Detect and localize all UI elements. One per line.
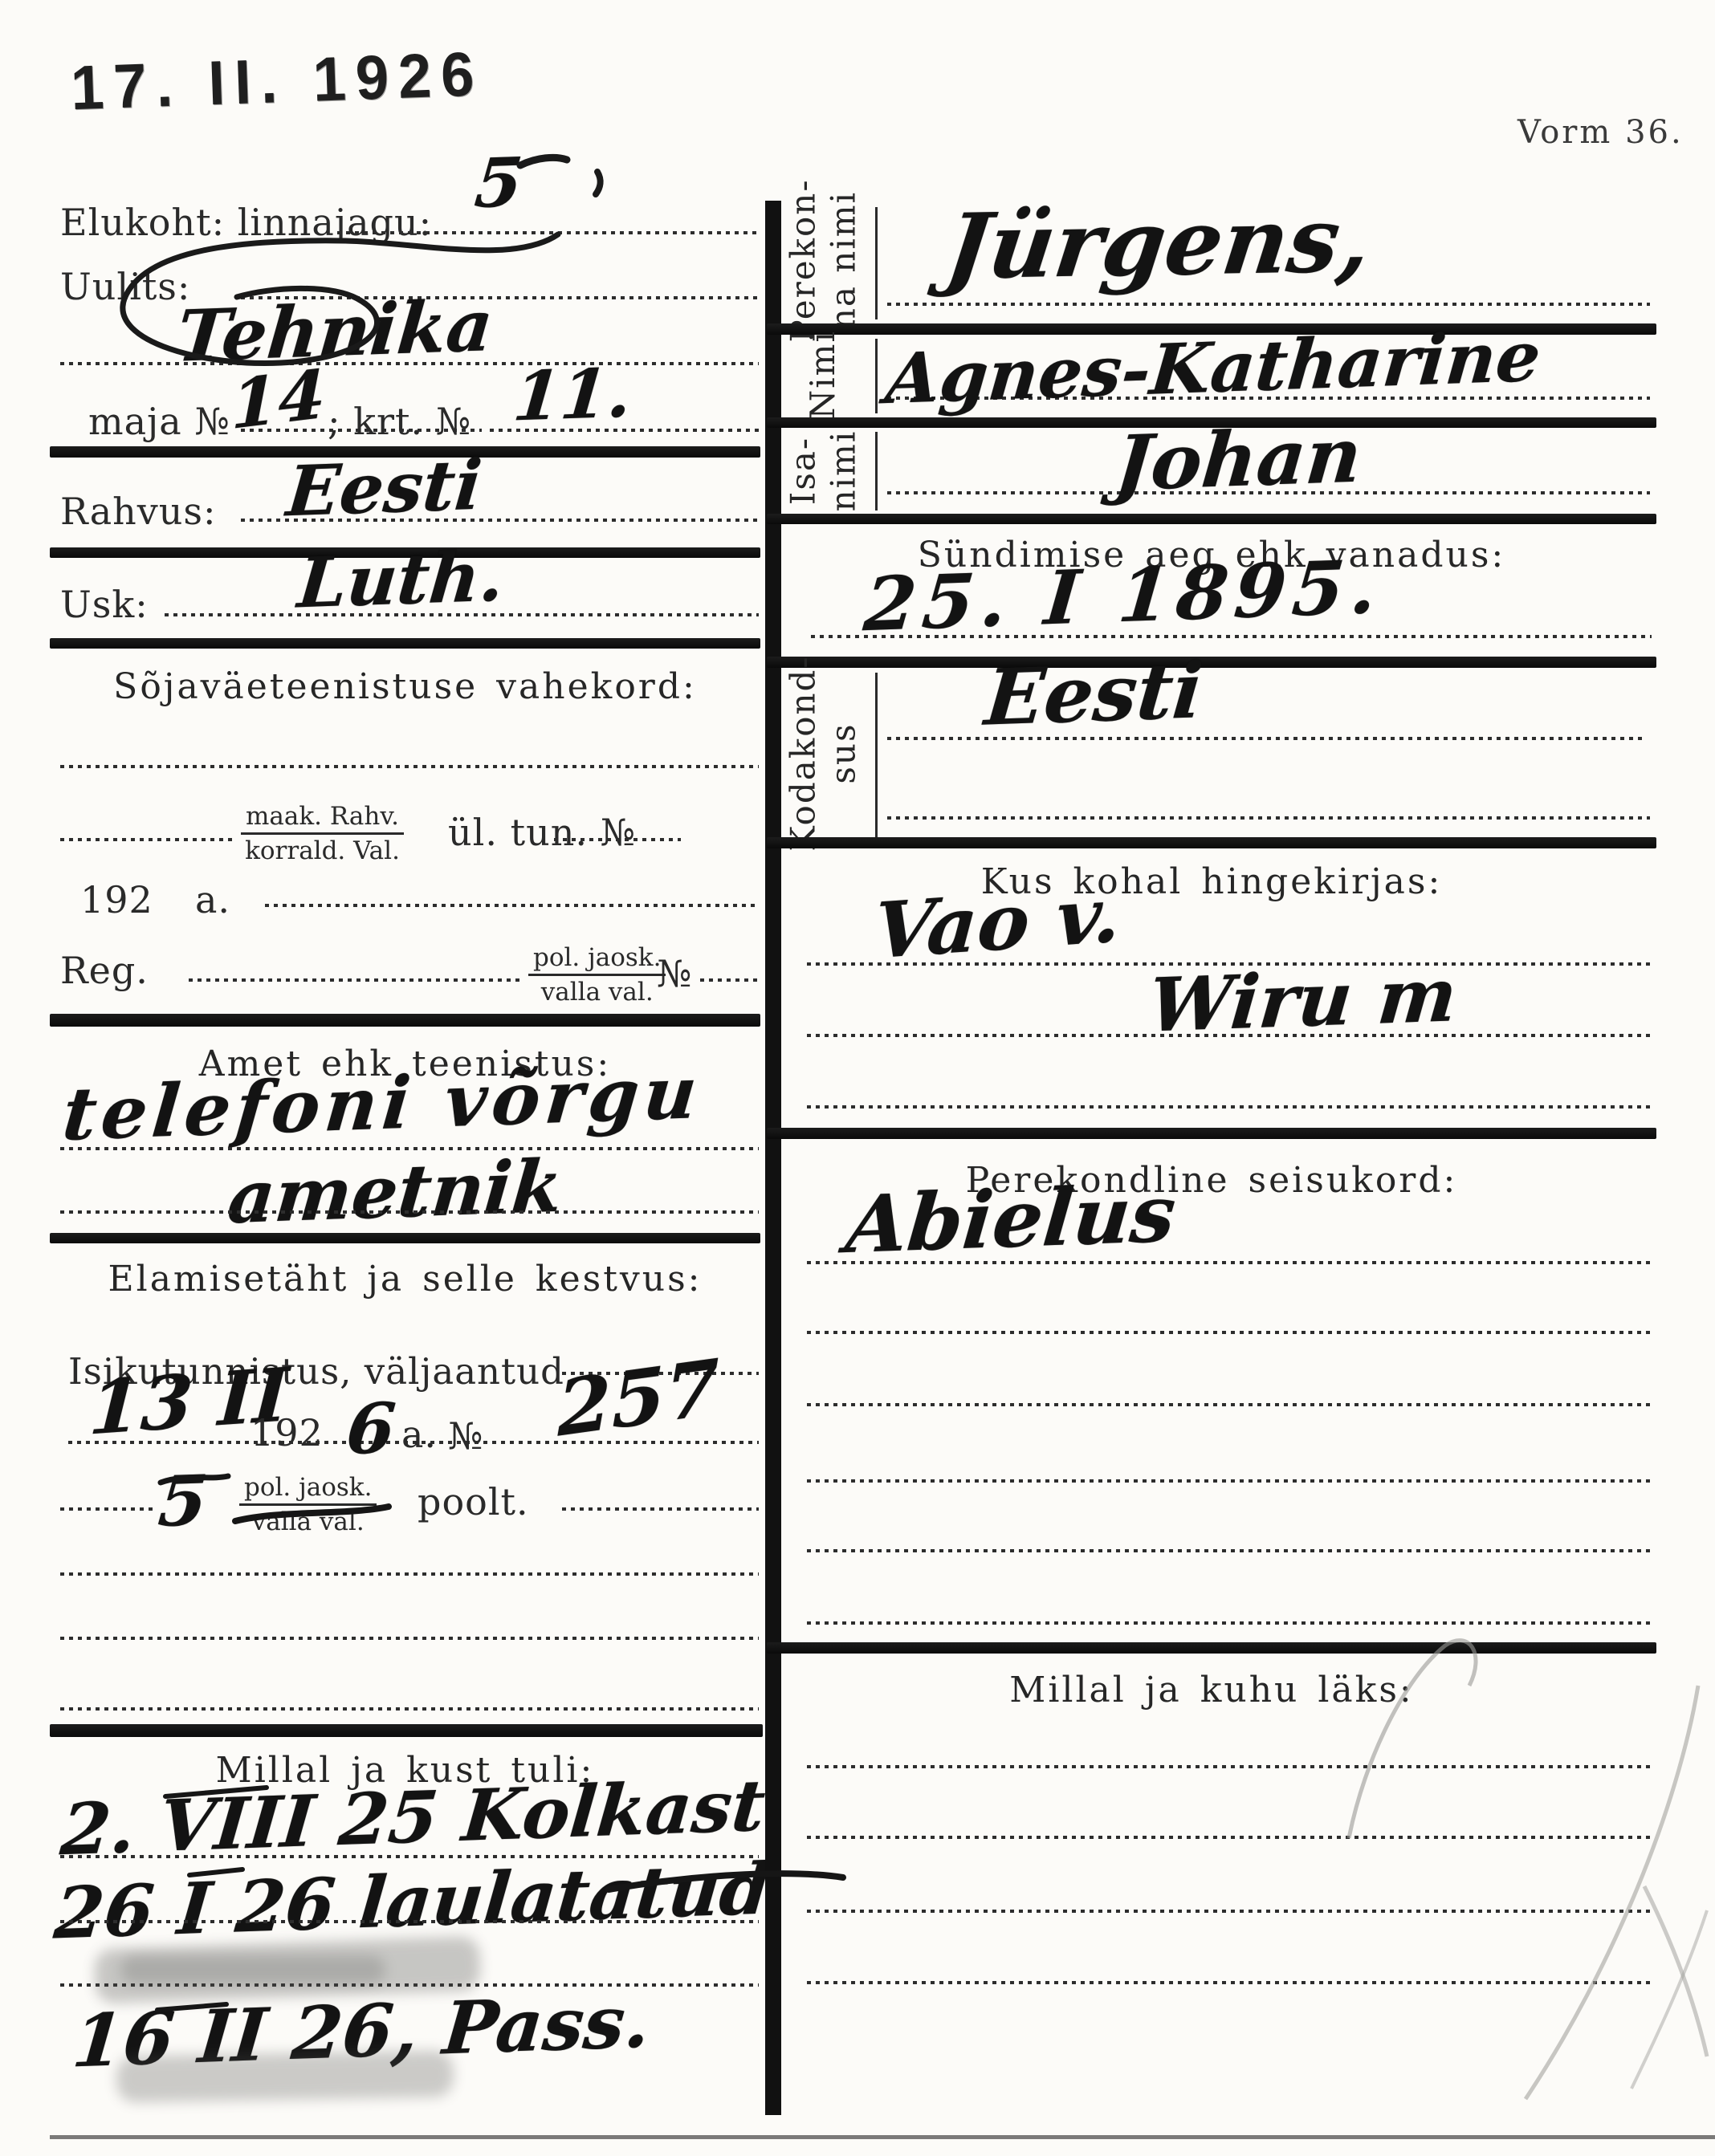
uulits-label: Uulits: [60,265,190,308]
faded-stamp-mark [116,2050,454,2102]
fraction-top: pol. jaosk. [239,1474,377,1506]
separator-bar [50,638,760,649]
elamisetaht-heading: Elamisetäht ja selle kestvus: [50,1259,760,1300]
pencil-scribble [1631,1910,1707,2089]
label-rule [875,339,878,413]
vertical-label-line: Perekon- [783,179,823,343]
separator-bar [767,657,1656,668]
isanimi-value-handwritten: Johan [1112,412,1366,509]
separator-bar [50,1724,763,1737]
military-line-no [554,838,681,841]
perekonnanimi-line [887,303,1650,306]
empty-line [807,1910,1652,1913]
nimi-label: Nimi [771,335,875,415]
empty-line [807,1479,1652,1483]
hingekirjas-line3 [807,1105,1652,1109]
isik-year-suffix: a. [401,1413,437,1456]
elukoht-label: Elukoht: linnajagu: [60,201,432,244]
pol-jaosk-fraction: pol. jaosk. valla val. [528,944,666,1006]
elukoht-value-handwritten: 5 [472,142,526,223]
ul-tun-no-label: ül. tun. № [448,811,636,854]
sundimine-value-handwritten: 25. I 1895. [861,543,1387,648]
military-heading: Sõjaväeteenistuse vahekord: [50,666,760,707]
usk-label: Usk: [60,583,149,626]
fraction-top: maak. Rahv. [241,803,404,835]
isik-no-sign: № [448,1414,484,1458]
separator-bar [767,514,1656,524]
uulits-line2 [60,362,759,365]
poolt-line [562,1507,759,1511]
empty-line [807,1836,1652,1839]
empty-line [807,1765,1652,1768]
usk-value-handwritten: Luth. [295,536,507,624]
separator-bar [767,837,1656,848]
fraction-bottom: valla val. [528,976,666,1006]
vertical-label-line: sus [823,722,863,783]
separator-bar [767,1128,1656,1139]
date-stamp: 17. II. 1926 [70,38,485,124]
vertical-label-line: Nimi [803,330,843,419]
fraction-bottom: valla val. [239,1506,377,1536]
hingekirjas-line2 [807,1034,1652,1037]
fraction-top: pol. jaosk. [528,944,666,976]
empty-line [807,1621,1652,1625]
vertical-label-line: Isa- [783,437,823,505]
isanimi-label: Isa- nimi [771,428,875,514]
pencil-scribble [1526,1686,1698,2099]
kodakondsus-label: Kodakond- sus [771,668,875,839]
isik-year-prefix: 192 [251,1411,324,1454]
seisukord-line1 [807,1261,1652,1264]
separator-bar [50,1233,760,1243]
form-number: Vorm 36. [1517,114,1684,151]
amet-value-line2-handwritten: ametnik [225,1144,566,1240]
fraction-bottom: korrald. Val. [241,835,404,864]
empty-line [807,1981,1652,1984]
isik-year-handwritten: 6 [343,1388,398,1471]
empty-line [807,1549,1652,1552]
reg-line2 [700,978,759,982]
rahvus-label: Rahvus: [60,490,216,533]
seisukord-value-handwritten: Abielus [842,1168,1179,1271]
empty-line [60,1572,759,1576]
vertical-label-line: nimi [823,430,863,512]
krt-value-handwritten: 11. [510,352,634,436]
district-handwritten: 5 [155,1460,210,1543]
scanned-form-page: 17. II. 1926 Vorm 36. Elukoht: linnajagu… [0,0,1715,2156]
tuli-line2 [60,1920,759,1923]
empty-line [807,1331,1652,1334]
label-rule [875,207,878,319]
faded-stamp-mark [120,1955,385,1984]
maja-value-handwritten: 14 [231,354,326,445]
year-prefix-label: 192 [80,878,153,921]
scan-edge-line [50,2135,1715,2139]
year-suffix-label: a. [195,878,230,921]
kodakondsus-line2 [887,816,1650,820]
maja-label: maja № [88,400,230,443]
krt-label: ; krt. № [328,400,471,443]
pen-comma [596,172,601,194]
laks-heading: Millal ja kuhu läks: [767,1670,1656,1711]
pencil-scribble [1644,1886,1707,2056]
reg-no-sign: № [657,952,693,995]
hingekirjas-value1-handwritten: Vao v. [871,869,1124,977]
poolt-label: poolt. [418,1480,529,1523]
separator-bar [50,1014,760,1027]
sundimine-line [811,635,1652,638]
separator-bar [767,1642,1656,1654]
empty-line [60,1707,759,1711]
year-line [265,904,759,907]
empty-line [807,1403,1652,1406]
pol-jaosk-fraction2: pol. jaosk. valla val. [239,1474,377,1536]
perekonnanimi-value-handwritten: Jürgens, [940,187,1377,299]
amet-line2 [60,1210,759,1214]
reg-line [189,978,522,982]
perekonnanimi-label: Perekon- na nimi [771,201,875,321]
isik-no-handwritten: 257 [556,1342,720,1454]
vertical-label-line: Kodakond- [783,655,823,851]
rahvus-value-handwritten: Eesti [283,445,485,532]
reg-label: Reg. [60,949,149,992]
pen-macron [520,157,567,165]
empty-line [60,1637,759,1640]
poolt-line-lead [60,1507,153,1511]
maak-rahv-fraction: maak. Rahv. korrald. Val. [241,803,404,864]
military-line-lead [60,838,233,841]
label-rule [875,432,878,511]
label-rule [875,673,878,837]
vertical-label-line: na nimi [823,191,863,330]
elukoht-line [337,231,759,234]
kodakondsus-value-handwritten: Eesti [982,645,1207,742]
military-empty-line [60,765,759,768]
